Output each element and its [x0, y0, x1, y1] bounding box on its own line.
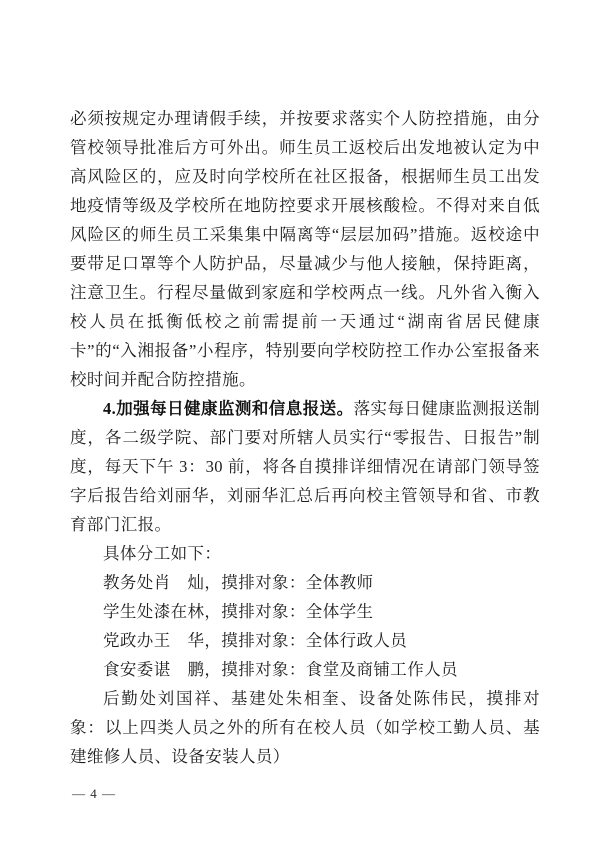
document-page: 必须按规定办理请假手续，并按要求落实个人防控措施，由分管校领导批准后方可外出。师… [0, 0, 598, 848]
section-heading: 4.加强每日健康监测和信息报送。 [103, 399, 354, 418]
page-number: — 4 — [72, 786, 116, 802]
assignment-line-others: 后勤处刘国祥、基建处朱相奎、设备处陈伟民，摸排对象：以上四类人员之外的所有在校人… [70, 684, 540, 771]
assignment-line-admin: 党政办王 华，摸排对象：全体行政人员 [70, 626, 540, 655]
assignment-line-teachers: 教务处肖 灿，摸排对象：全体教师 [70, 568, 540, 597]
document-body: 必须按规定办理请假手续，并按要求落实个人防控措施，由分管校领导批准后方可外出。师… [70, 104, 540, 771]
section-body-text: 落实每日健康监测报送制度，各二级学院、部门要对所辖人员实行“零报告、日报告”制度… [70, 399, 540, 534]
body-paragraph-section-4: 4.加强每日健康监测和信息报送。落实每日健康监测报送制度，各二级学院、部门要对所… [70, 394, 540, 539]
assignment-line-canteen: 食安委谌 鹏，摸排对象：食堂及商铺工作人员 [70, 655, 540, 684]
assignment-line-students: 学生处漆在林，摸排对象：全体学生 [70, 597, 540, 626]
body-paragraph-continuation: 必须按规定办理请假手续，并按要求落实个人防控措施，由分管校领导批准后方可外出。师… [70, 104, 540, 394]
assignments-intro: 具体分工如下： [70, 539, 540, 568]
